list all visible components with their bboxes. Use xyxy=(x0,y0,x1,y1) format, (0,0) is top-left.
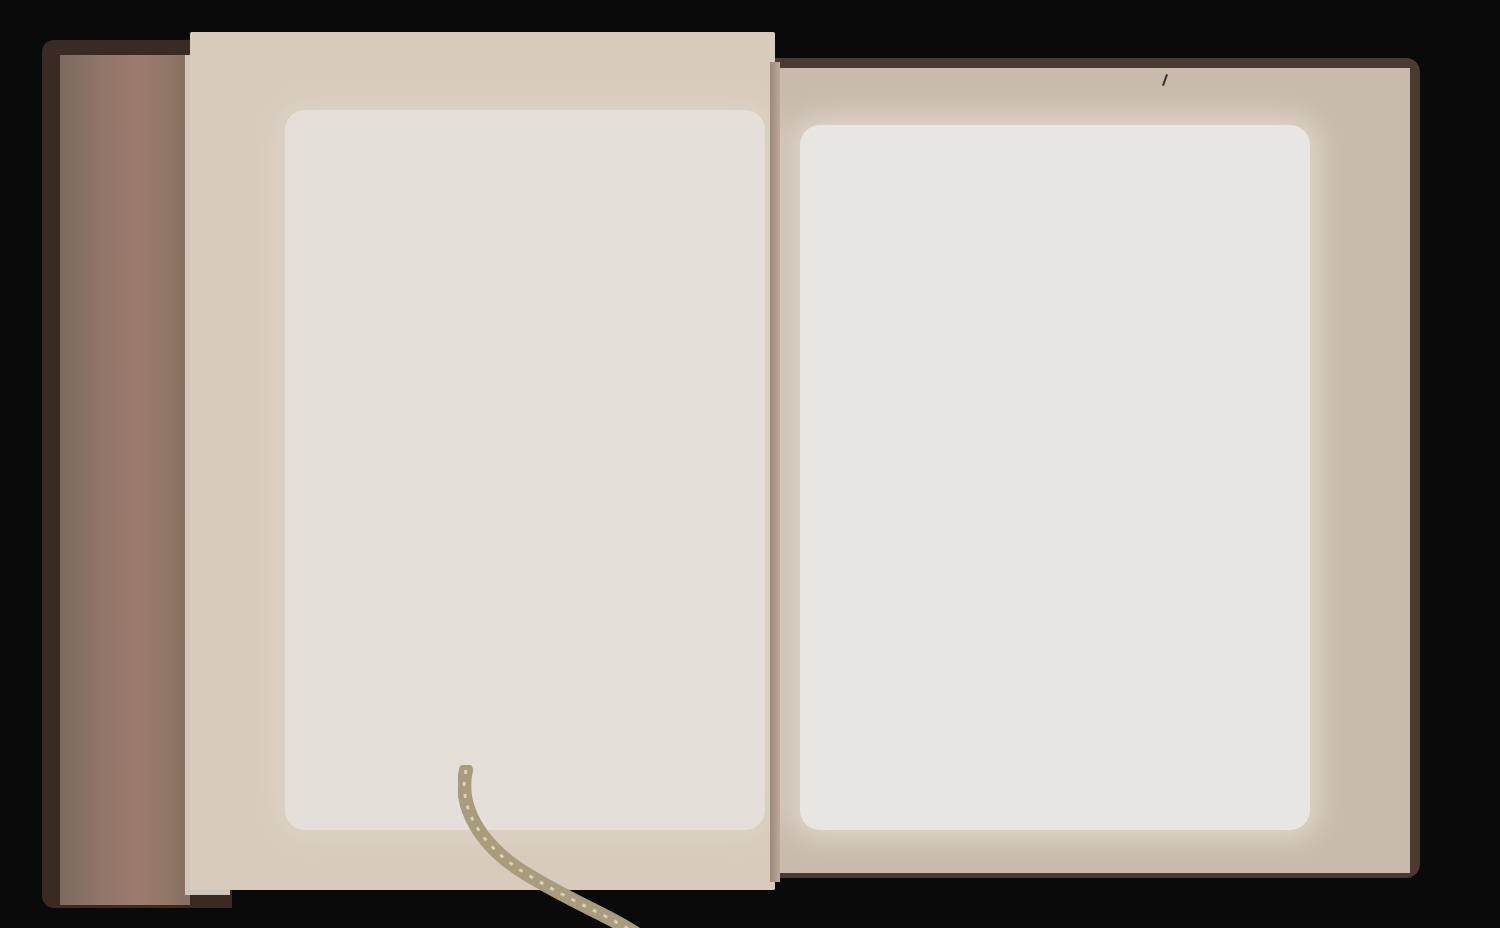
page-block-edges xyxy=(60,55,190,905)
right-page-clean-area xyxy=(800,125,1310,830)
book-gutter xyxy=(770,62,780,882)
left-page-clean-area xyxy=(285,110,765,830)
metal-bookmark-icon xyxy=(458,765,648,928)
